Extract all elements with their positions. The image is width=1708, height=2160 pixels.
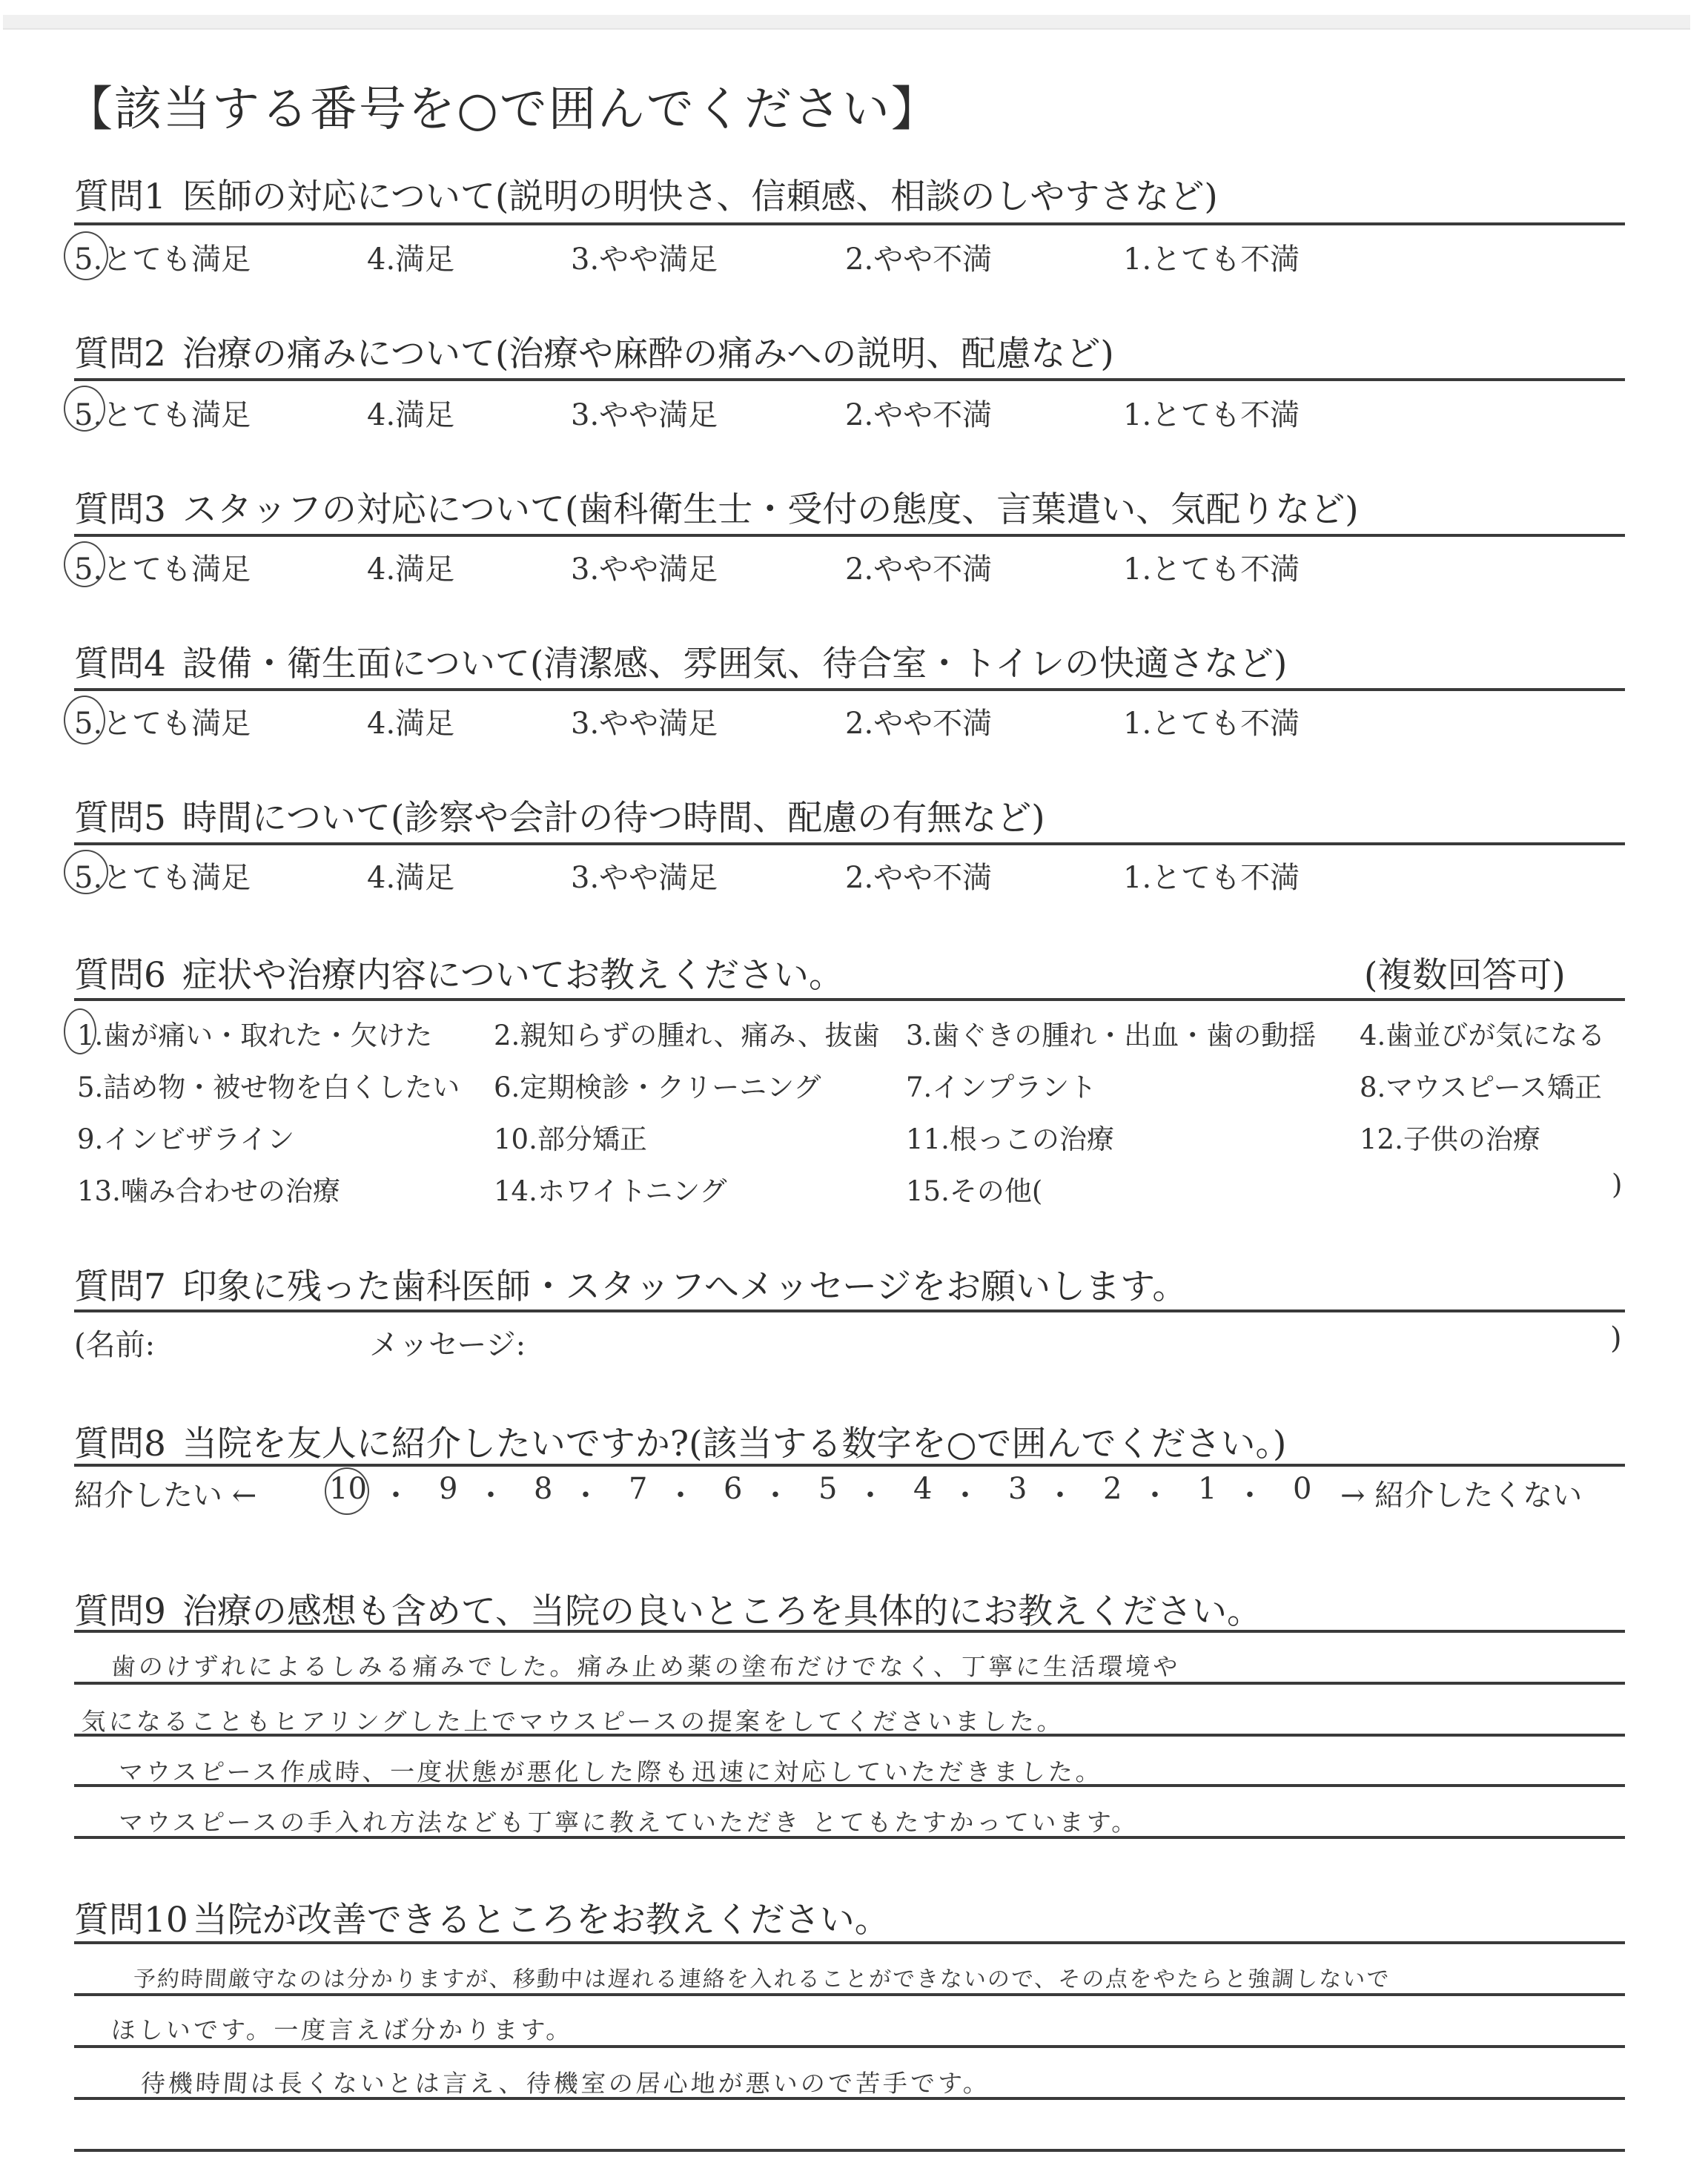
scale-right-label: → 紹介したくない	[1340, 1472, 1582, 1514]
question-text: 症状や治療内容についてお教えください。	[182, 955, 844, 996]
answer-rule	[74, 1836, 1625, 1839]
divider	[74, 1464, 1625, 1467]
answer-rule	[74, 2097, 1625, 2100]
answer-line: ほしいです。一度言えば分かります。	[110, 2011, 575, 2046]
question-6: 質問6症状や治療内容についてお教えください。	[74, 948, 844, 997]
option-1[interactable]: 1.とても不満	[1123, 236, 1300, 278]
option-3[interactable]: 3.やや満足	[571, 700, 718, 742]
question-text: スタッフの対応について(歯科衛生士・受付の態度、言葉遣い、気配りなど)	[182, 489, 1359, 530]
divider	[74, 534, 1625, 537]
question-text: 当院を友人に紹介したいですか?(該当する数字を○で囲んでください。)	[182, 1424, 1286, 1464]
other-close-paren: )	[1612, 1169, 1622, 1200]
divider	[74, 998, 1625, 1001]
question-text: 設備・衛生面について(清潔感、雰囲気、待合室・トイレの快適さなど)	[182, 644, 1287, 684]
question-text: 医師の対応について(説明の明快さ、信頼感、相談のしやすさなど)	[182, 176, 1218, 217]
scale-8[interactable]: 8	[534, 1472, 552, 1506]
scale-dot: ・	[666, 1472, 695, 1514]
option-2[interactable]: 2.やや不満	[845, 236, 992, 278]
message-field-label[interactable]: メッセージ:	[369, 1321, 526, 1364]
treatment-option-14[interactable]: 14.ホワイトニング	[494, 1169, 727, 1209]
selection-circle	[64, 541, 105, 587]
option-4[interactable]: 4.満足	[367, 700, 454, 742]
treatment-option-15-other[interactable]: 15.その他(	[906, 1169, 1042, 1209]
selection-circle	[64, 696, 105, 744]
scale-5[interactable]: 5	[818, 1472, 837, 1506]
question-4: 質問4設備・衛生面について(清潔感、雰囲気、待合室・トイレの快適さなど)	[74, 636, 1287, 686]
question-number: 質問7	[74, 1259, 166, 1309]
divider	[74, 1630, 1625, 1633]
question-number: 質問6	[74, 948, 166, 997]
treatment-option-2[interactable]: 2.親知らずの腫れ、痛み、抜歯	[494, 1013, 880, 1053]
scale-7[interactable]: 7	[629, 1472, 647, 1506]
treatment-option-8[interactable]: 8.マウスピース矯正	[1360, 1065, 1602, 1105]
option-3[interactable]: 3.やや満足	[571, 392, 718, 434]
treatment-option-5[interactable]: 5.詰め物・被せ物を白くしたい	[77, 1065, 460, 1105]
treatment-option-12[interactable]: 12.子供の治療	[1360, 1117, 1540, 1157]
scale-0[interactable]: 0	[1293, 1472, 1311, 1506]
answer-rule	[74, 1734, 1625, 1737]
question-10: 質問10当院が改善できるところをお教えください。	[74, 1892, 890, 1942]
option-1[interactable]: 1.とても不満	[1123, 546, 1300, 588]
option-4[interactable]: 4.満足	[367, 546, 454, 588]
scale-dot: ・	[950, 1472, 980, 1514]
treatment-option-7[interactable]: 7.インプラント	[906, 1065, 1096, 1105]
scale-dot: ・	[476, 1472, 506, 1514]
multiple-answer-note: (複数回答可)	[1364, 948, 1566, 997]
treatment-option-6[interactable]: 6.定期検診・クリーニング	[494, 1065, 821, 1105]
divider	[74, 688, 1625, 691]
answer-line: 気になることもヒアリングした上でマウスピースの提案をしてくださいました。	[81, 1702, 1066, 1737]
question-number: 質問9	[74, 1584, 166, 1634]
treatment-option-11[interactable]: 11.根っこの治療	[906, 1117, 1114, 1157]
answer-line: マウスピースの手入れ方法なども丁寧に教えていただき とてもたすかっています。	[118, 1803, 1140, 1838]
answer-line: 予約時間厳守なのは分かりますが、移動中は遅れる連絡を入れることができないので、そ…	[133, 1961, 1391, 1993]
question-number: 質問1	[74, 169, 166, 219]
selection-circle	[325, 1467, 369, 1515]
divider	[74, 222, 1625, 225]
question-1: 質問1医師の対応について(説明の明快さ、信頼感、相談のしやすさなど)	[74, 169, 1218, 219]
option-1[interactable]: 1.とても不満	[1123, 854, 1300, 896]
option-1[interactable]: 1.とても不満	[1123, 392, 1300, 434]
close-paren: )	[1610, 1321, 1622, 1355]
treatment-option-10[interactable]: 10.部分矯正	[494, 1117, 647, 1157]
option-4[interactable]: 4.満足	[367, 854, 454, 896]
answer-rule	[74, 2149, 1625, 2152]
answer-line: 歯のけずれによるしみる痛みでした。痛み止め薬の塗布だけでなく、丁寧に生活環境や	[110, 1648, 1182, 1682]
option-2[interactable]: 2.やや不満	[845, 546, 992, 588]
option-1[interactable]: 1.とても不満	[1123, 700, 1300, 742]
question-3: 質問3スタッフの対応について(歯科衛生士・受付の態度、言葉遣い、気配りなど)	[74, 482, 1359, 532]
question-number: 質問2	[74, 326, 166, 376]
answer-line: 待機時間は長くないとは言え、待機室の居心地が悪いので苦手です。	[140, 2064, 992, 2099]
option-4[interactable]: 4.満足	[367, 236, 454, 278]
option-4[interactable]: 4.満足	[367, 392, 454, 434]
option-2[interactable]: 2.やや不満	[845, 392, 992, 434]
answer-rule	[74, 2045, 1625, 2048]
option-2[interactable]: 2.やや不満	[845, 700, 992, 742]
divider	[74, 1941, 1625, 1944]
scale-6[interactable]: 6	[724, 1472, 742, 1506]
question-9: 質問9治療の感想も含めて、当院の良いところを具体的にお教えください。	[74, 1584, 1262, 1634]
question-text: 当院が改善できるところをお教えください。	[193, 1900, 890, 1941]
scale-4[interactable]: 4	[913, 1472, 932, 1506]
answer-rule	[74, 1682, 1625, 1685]
scale-left-label: 紹介したい ←	[74, 1472, 256, 1514]
scale-2[interactable]: 2	[1103, 1472, 1122, 1506]
scale-dot: ・	[761, 1472, 790, 1514]
question-number: 質問4	[74, 636, 166, 686]
divider	[74, 378, 1625, 381]
treatment-option-3[interactable]: 3.歯ぐきの腫れ・出血・歯の動揺	[906, 1013, 1316, 1053]
question-7: 質問7印象に残った歯科医師・スタッフへメッセージをお願いします。	[74, 1259, 1187, 1309]
name-field-label[interactable]: (名前:	[74, 1321, 155, 1364]
treatment-option-1[interactable]: 1.歯が痛い・取れた・欠けた	[77, 1013, 432, 1053]
question-number: 質問10	[74, 1892, 188, 1942]
question-text: 時間について(診察や会計の待つ時間、配慮の有無など)	[182, 798, 1045, 839]
answer-line: マウスピース作成時、一度状態が悪化した際も迅速に対応していただきました。	[118, 1753, 1105, 1788]
option-3[interactable]: 3.やや満足	[571, 854, 718, 896]
answer-rule	[74, 1993, 1625, 1996]
divider	[74, 1309, 1625, 1312]
question-5: 質問5時間について(診察や会計の待つ時間、配慮の有無など)	[74, 790, 1045, 840]
selection-circle	[64, 386, 105, 432]
answer-rule	[74, 1784, 1625, 1787]
scale-dot: ・	[381, 1472, 411, 1514]
scale-1[interactable]: 1	[1198, 1472, 1217, 1506]
scale-3[interactable]: 3	[1008, 1472, 1027, 1506]
scale-dot: ・	[1140, 1472, 1170, 1514]
selection-circle	[64, 1008, 96, 1054]
scan-top-edge	[3, 15, 1690, 30]
scale-dot: ・	[1045, 1472, 1075, 1514]
question-text: 治療の感想も含めて、当院の良いところを具体的にお教えください。	[182, 1591, 1262, 1632]
question-number: 質問3	[74, 482, 166, 532]
selection-circle	[64, 850, 108, 894]
option-3[interactable]: 3.やや満足	[571, 546, 718, 588]
treatment-option-4[interactable]: 4.歯並びが気になる	[1360, 1013, 1605, 1053]
option-3[interactable]: 3.やや満足	[571, 236, 718, 278]
question-number: 質問8	[74, 1416, 166, 1466]
scale-dot: ・	[1235, 1472, 1265, 1514]
question-number: 質問5	[74, 790, 166, 840]
question-text: 治療の痛みについて(治療や麻酔の痛みへの説明、配慮など)	[182, 334, 1114, 374]
divider	[74, 842, 1625, 845]
question-2: 質問2治療の痛みについて(治療や麻酔の痛みへの説明、配慮など)	[74, 326, 1114, 376]
question-8: 質問8当院を友人に紹介したいですか?(該当する数字を○で囲んでください。)	[74, 1416, 1286, 1466]
scale-dot: ・	[855, 1472, 885, 1514]
question-text: 印象に残った歯科医師・スタッフへメッセージをお願いします。	[182, 1266, 1187, 1307]
page-title: 【該当する番号を○で囲んでください】	[65, 71, 940, 139]
scale-dot: ・	[571, 1472, 600, 1514]
scale-9[interactable]: 9	[439, 1472, 457, 1506]
option-2[interactable]: 2.やや不満	[845, 854, 992, 896]
selection-circle	[64, 231, 108, 280]
treatment-option-9[interactable]: 9.インビザライン	[77, 1117, 294, 1157]
treatment-option-13[interactable]: 13.噛み合わせの治療	[77, 1169, 340, 1209]
